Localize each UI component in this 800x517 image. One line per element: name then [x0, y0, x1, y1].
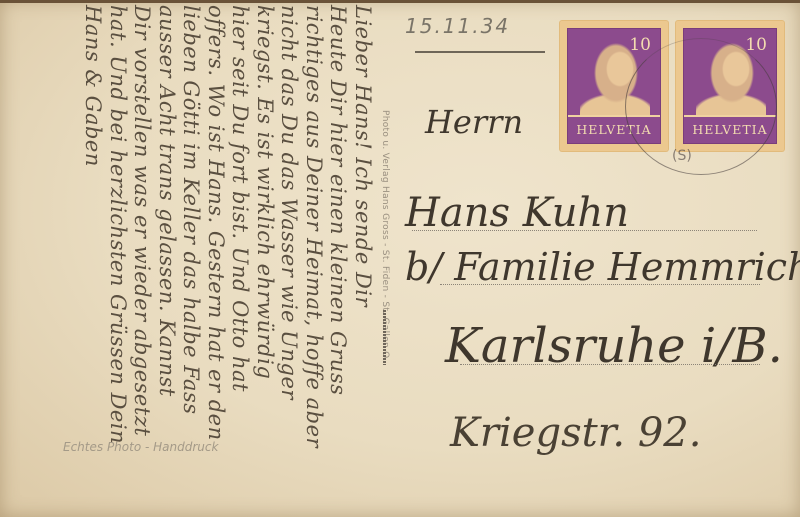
address-city: Karlsruhe i/B. — [445, 318, 783, 374]
postcard-back: Lieber Hans! Ich sende Dir Heute Dir hie… — [0, 0, 800, 517]
date-underline — [415, 51, 545, 53]
address-salutation: Herrn — [425, 103, 523, 141]
message-line: hat. Und bei herzlichsten Grüssen Dein — [106, 5, 131, 515]
message-line: offers. Wo ist Hans. Gestern hat er den — [204, 5, 229, 515]
date-written: 15.11.34 — [405, 14, 510, 38]
message-line: Lieber Hans! Ich sende Dir — [351, 5, 376, 515]
postmark-circle — [625, 38, 777, 175]
message-line: richtiges aus Deiner Heimat, hoffe aber — [302, 5, 327, 515]
message-line: kriegst. Es ist wirklich ehrwürdig — [253, 5, 278, 515]
message-line: Heute Dir hier einen kleinen Gruss — [326, 5, 351, 515]
message-line: Dir vorstellen was er wieder abgesetzt — [130, 5, 155, 515]
address-care-of: b/ Familie Hemmrich — [405, 245, 800, 289]
handwritten-message: Lieber Hans! Ich sende Dir Heute Dir hie… — [0, 5, 375, 515]
message-line: ausser Acht trans gelassen. Kannst — [155, 5, 180, 515]
postmark-text: (S) — [672, 148, 692, 164]
message-line: lieben Götti im Keller das halbe Fass — [179, 5, 204, 515]
stamp-value: 10 — [745, 35, 767, 55]
address-line-rule — [412, 230, 757, 231]
address-line-rule — [440, 284, 760, 285]
photo-note: Echtes Photo - Handdruck — [63, 440, 218, 454]
address-line-rule — [460, 364, 760, 365]
address-street: Kriegstr. 92. — [450, 410, 701, 456]
stamp-value: 10 — [629, 35, 651, 55]
imprint-divider — [383, 310, 386, 365]
message-line: hier seit Du fort bist. Und Otto hat — [228, 5, 253, 515]
message-line: nicht das Du das Wasser wie Unger — [277, 5, 302, 515]
message-line: Hans & Gaben — [81, 5, 106, 515]
